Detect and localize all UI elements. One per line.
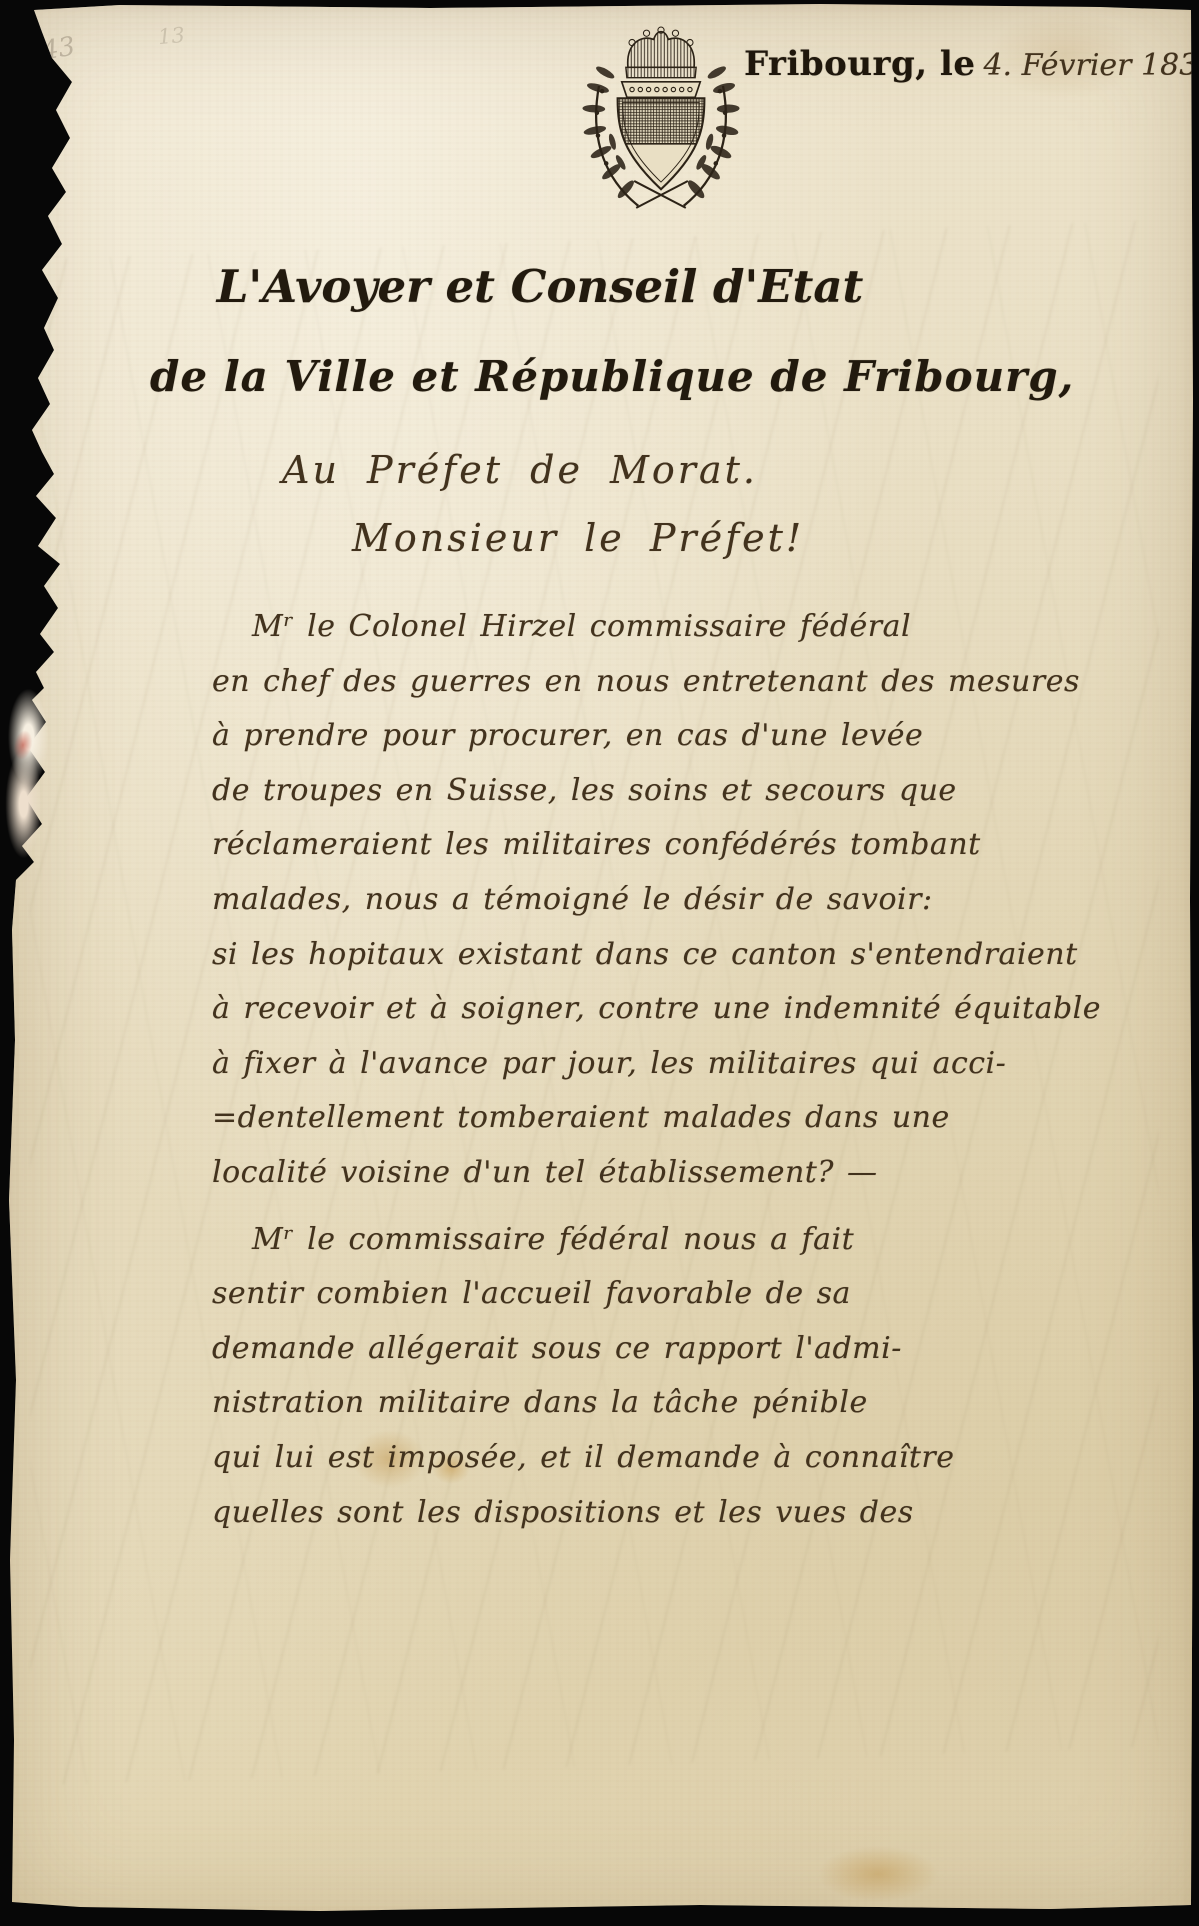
letter-paper: 43 13 xyxy=(0,0,1199,1926)
letter-line: de troupes en Suisse, les soins et secou… xyxy=(212,764,972,819)
letter-line: sentir combien l'accueil favorable de sa xyxy=(212,1267,972,1322)
dateline-handwritten-date: 4. Février 1831. xyxy=(983,48,1199,83)
letter-line: Mʳ le Colonel Hirzel commissaire fédéral xyxy=(212,600,972,655)
letter-line: quelles sont les dispositions et les vue… xyxy=(212,1486,972,1541)
letter-line: demande allégerait sous ce rapport l'adm… xyxy=(212,1322,972,1377)
dateline: Fribourg, le 4. Février 1831. xyxy=(744,44,1199,84)
letter-line: à recevoir et à soigner, contre une inde… xyxy=(212,982,972,1037)
letter-line: malades, nous a témoigné le désir de sav… xyxy=(212,873,972,928)
pencil-mark: 43 xyxy=(40,32,77,67)
letter-body: Mʳ le Colonel Hirzel commissaire fédéral… xyxy=(212,600,972,1540)
recipient-line: Au Préfet de Morat. xyxy=(282,448,758,492)
letter-line: si les hopitaux existant dans ce canton … xyxy=(212,928,972,983)
letter-line: Mʳ le commissaire fédéral nous a fait xyxy=(212,1213,972,1268)
letter-line: localité voisine d'un tel établissement?… xyxy=(212,1146,972,1201)
fribourg-coat-of-arms-icon xyxy=(570,26,752,212)
dateline-printed-text: Fribourg, le xyxy=(744,44,975,84)
pencil-mark: 13 xyxy=(157,23,186,49)
letter-line: qui lui est imposée, et il demande à con… xyxy=(212,1431,972,1486)
paper-stain xyxy=(818,1846,938,1902)
letter-line: =dentellement tomberaient malades dans u… xyxy=(212,1091,972,1146)
scanned-letter: 43 13 xyxy=(0,0,1199,1926)
letterhead-line1: L'Avoyer et Conseil d'Etat xyxy=(150,260,930,313)
letter-line: en chef des guerres en nous entretenant … xyxy=(212,655,972,710)
letter-line: à fixer à l'avance par jour, les militai… xyxy=(212,1037,972,1092)
letter-line: nistration militaire dans la tâche pénib… xyxy=(212,1376,972,1431)
letter-line: réclameraient les militaires confédérés … xyxy=(212,818,972,873)
letterhead-line2: de la Ville et République de Fribourg, xyxy=(150,352,930,401)
salutation-line: Monsieur le Préfet! xyxy=(352,516,804,560)
letter-line: à prendre pour procurer, en cas d'une le… xyxy=(212,709,972,764)
